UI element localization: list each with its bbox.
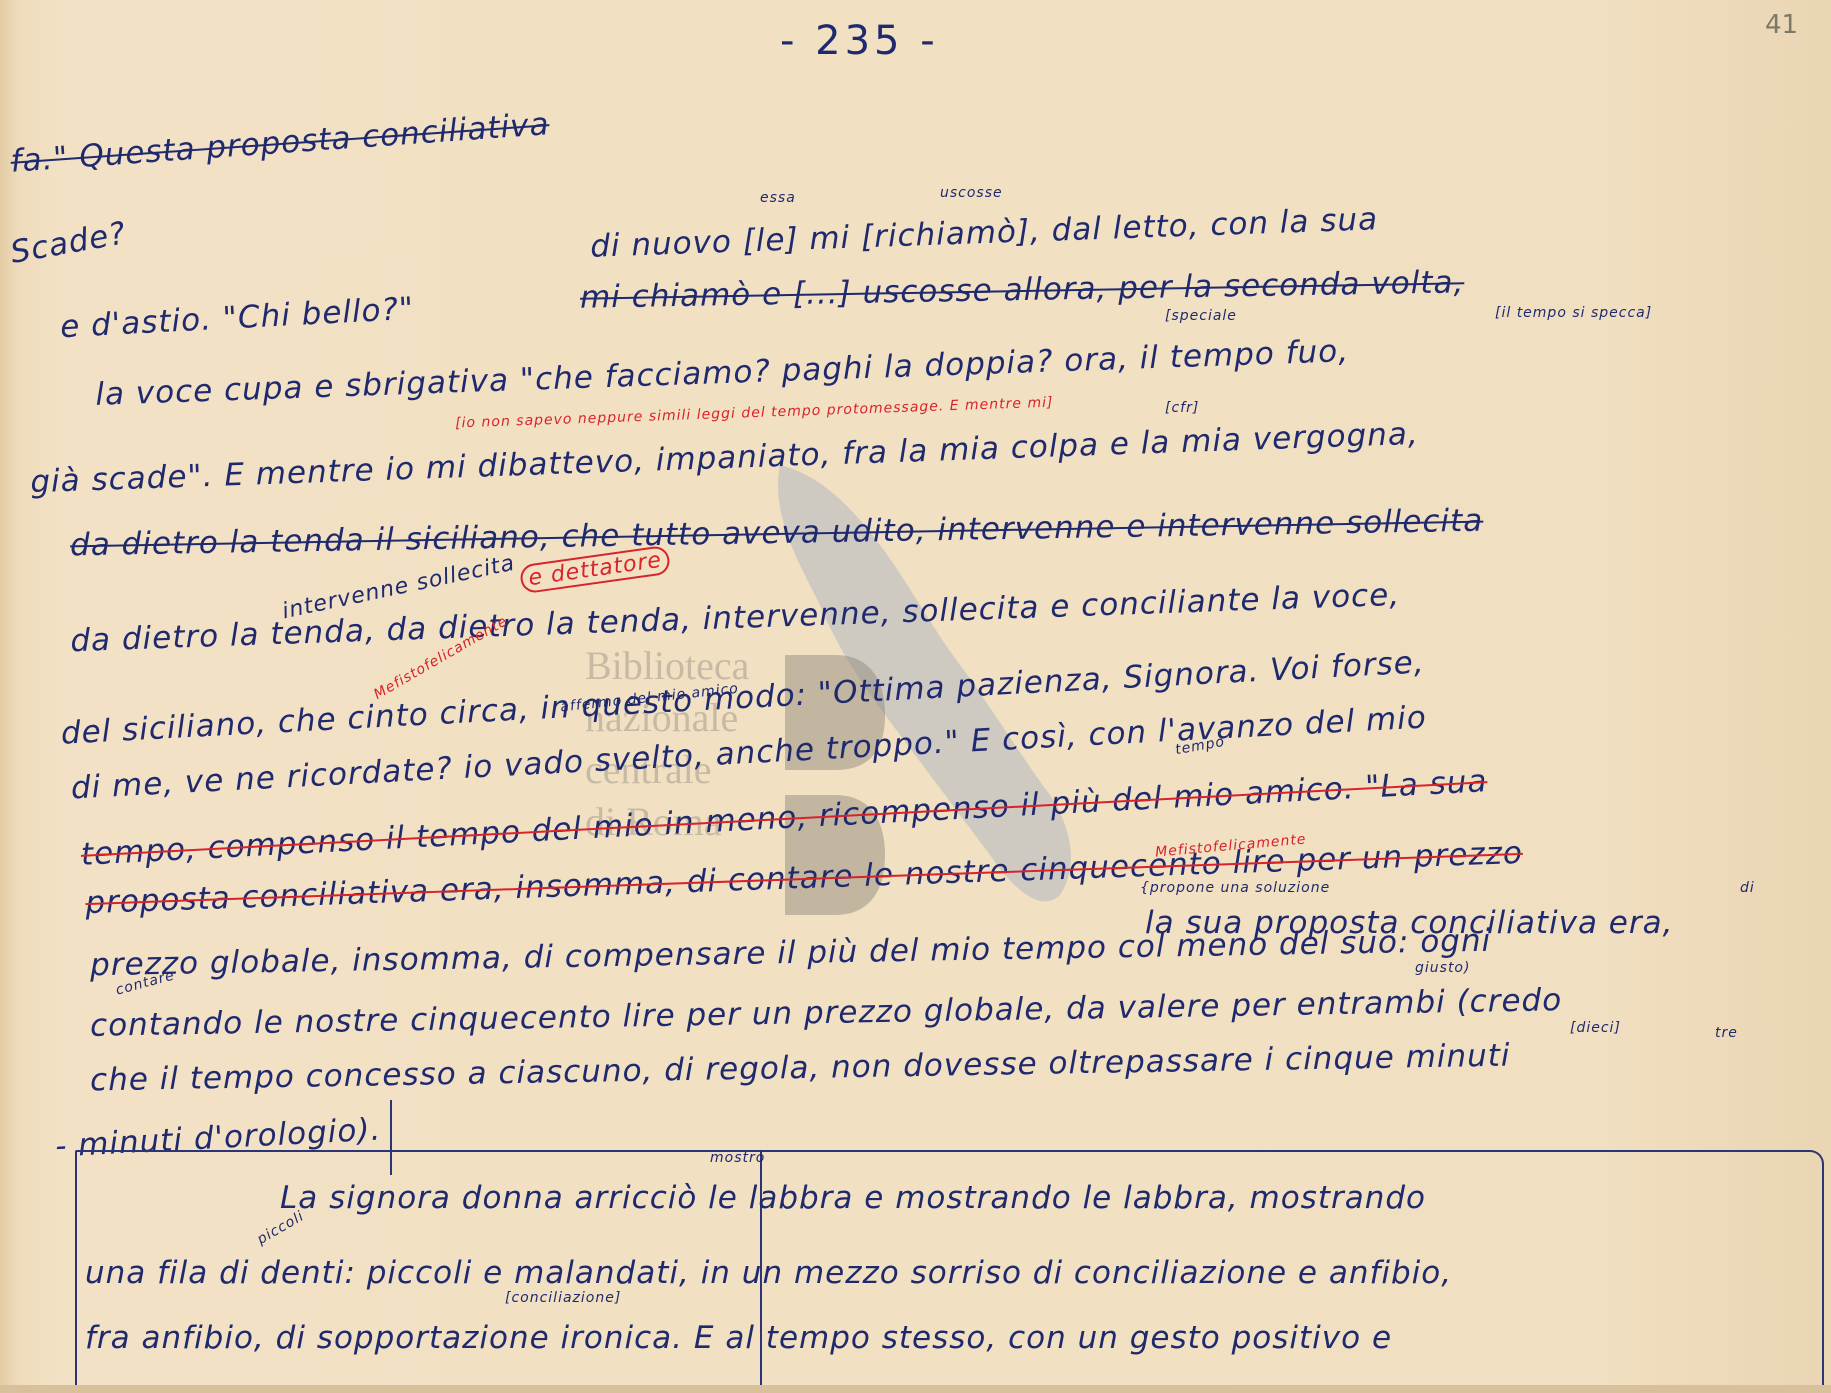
- margin-note: Scade?: [8, 215, 129, 271]
- interlinear-insert: [conciliazione]: [505, 1290, 621, 1306]
- struck-text: mi chiamò e [...] uscosse allora, per la…: [580, 264, 1465, 315]
- text-line: la voce cupa e sbrigativa "che facciamo?…: [95, 333, 1350, 413]
- interlinear-insert: mostrò: [710, 1150, 765, 1166]
- text-line: una fila di denti: piccoli e malandati, …: [85, 1255, 1452, 1291]
- interlinear-insert: [il tempo si specca]: [1495, 305, 1652, 321]
- page-number: - 235 -: [780, 18, 939, 64]
- text-line: che il tempo concesso a ciascuno, di reg…: [90, 1038, 1511, 1099]
- struck-line: fa." Questa proposta conciliativa: [9, 106, 550, 180]
- red-annotation: [io non sapevo neppure simili leggi del …: [455, 395, 1054, 432]
- interlinear-insert: {propone una soluzione: [1140, 880, 1330, 896]
- text-line: contando le nostre cinquecento lire per …: [90, 982, 1563, 1044]
- page-bottom-edge: [0, 1385, 1831, 1393]
- manuscript-page: Biblioteca nazionale centrale di Roma - …: [0, 0, 1831, 1393]
- interlinear-insert: giusto): [1415, 960, 1470, 976]
- interlinear-insert: [cfr]: [1165, 400, 1199, 416]
- interlinear-insert: essa: [760, 190, 796, 206]
- text-line: La signora donna arricciò le labbra e mo…: [280, 1180, 1426, 1216]
- interlinear-insert: di: [1740, 880, 1755, 896]
- interlinear-insert: uscosse: [940, 185, 1003, 201]
- interlinear-insert: [speciale: [1165, 308, 1237, 324]
- text-line: già scade". E mentre io mi dibattevo, im…: [30, 416, 1420, 500]
- folio-number: 41: [1765, 10, 1798, 40]
- interlinear-insert: tre: [1715, 1025, 1738, 1041]
- text-line: di nuovo [le] mi [richiamò], dal letto, …: [590, 201, 1379, 264]
- text-line: e d'astio. "Chi bello?": [59, 291, 415, 345]
- interlinear-insert: [dieci]: [1570, 1020, 1621, 1036]
- text-line: fra anfibio, di sopportazione ironica. E…: [85, 1320, 1392, 1356]
